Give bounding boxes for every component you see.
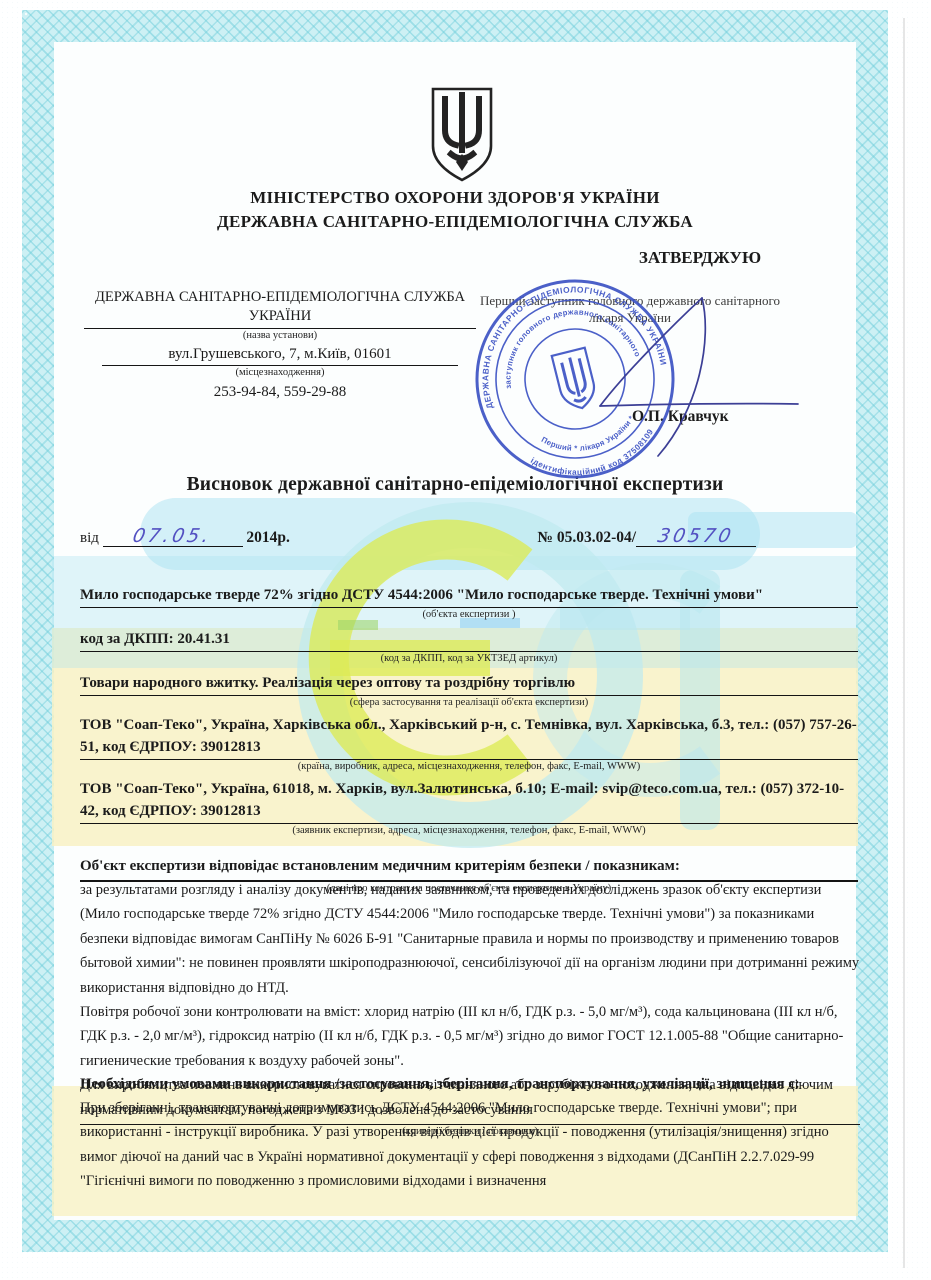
form-fields: Мило господарське тверде 72% згідно ДСТУ… bbox=[80, 584, 858, 900]
field-applicant-caption: (заявник експертизи, адреса, місцезнаход… bbox=[80, 824, 858, 837]
issuer-phones: 253-94-84, 559-29-88 bbox=[84, 382, 476, 402]
field-scope-caption: (сфера застосування та реалізації об'єкт… bbox=[80, 696, 858, 709]
field-applicant: ТОВ "Соап-Теко", Україна, 61018, м. Харк… bbox=[80, 778, 858, 837]
field-scope-value: Товари народного вжитку. Реалізація чере… bbox=[80, 672, 858, 696]
issuer-name-caption: (назва установи) bbox=[84, 329, 476, 342]
handwritten-date: 07.05. bbox=[132, 528, 214, 544]
conditions-heading: Необхідними умовами використання /застос… bbox=[80, 1072, 860, 1096]
tryzub-emblem-icon bbox=[426, 86, 498, 184]
handwritten-number: 30570 bbox=[657, 528, 736, 544]
criteria-heading: Об'єкт експертизи відповідає встановлени… bbox=[80, 855, 860, 878]
issuer-address: вул.Грушевського, 7, м.Київ, 01601 bbox=[102, 344, 458, 366]
criteria-paragraph-1: за результатами розгляду і аналізу докум… bbox=[80, 878, 860, 1000]
from-label: від bbox=[80, 530, 99, 546]
field-code-value: код за ДКПП: 20.41.31 bbox=[80, 628, 858, 652]
pen-signature bbox=[540, 278, 870, 488]
criteria-paragraph-2: Повітря робочої зони контролювати на вмі… bbox=[80, 1000, 860, 1073]
date-fill-line: 07.05. bbox=[103, 528, 243, 547]
ministry-title: МІНІСТЕРСТВО ОХОРОНИ ЗДОРОВ'Я УКРАЇНИ bbox=[52, 188, 858, 208]
field-scope: Товари народного вжитку. Реалізація чере… bbox=[80, 672, 858, 709]
field-manufacturer-value: ТОВ "Соап-Теко", Україна, Харківська обл… bbox=[80, 714, 858, 760]
year-label: 2014р. bbox=[246, 529, 290, 546]
number-fill-line: 30570 bbox=[636, 528, 756, 547]
issuer-block: ДЕРЖАВНА САНІТАРНО-ЕПІДЕМІОЛОГІЧНА СЛУЖБ… bbox=[84, 288, 476, 402]
scan-edge-artifact bbox=[903, 18, 905, 1268]
conditions-section: Необхідними умовами використання /застос… bbox=[80, 1072, 860, 1194]
field-code-caption: (код за ДКПП, код за УКТЗЕД артикул) bbox=[80, 652, 858, 665]
field-manufacturer-caption: (країна, виробник, адреса, місцезнаходже… bbox=[80, 760, 858, 773]
field-manufacturer: ТОВ "Соап-Теко", Україна, Харківська обл… bbox=[80, 714, 858, 773]
certificate-page: МІНІСТЕРСТВО ОХОРОНИ ЗДОРОВ'Я УКРАЇНИ ДЕ… bbox=[0, 0, 931, 1280]
service-title: ДЕРЖАВНА САНІТАРНО-ЕПІДЕМІОЛОГІЧНА СЛУЖБ… bbox=[52, 212, 858, 232]
field-code: код за ДКПП: 20.41.31 (код за ДКПП, код … bbox=[80, 628, 858, 665]
field-object: Мило господарське тверде 72% згідно ДСТУ… bbox=[80, 584, 858, 621]
field-object-value: Мило господарське тверде 72% згідно ДСТУ… bbox=[80, 584, 858, 608]
field-object-caption: (об'єкта експертизи ) bbox=[80, 608, 858, 621]
number-label: № 05.03.02-04/ bbox=[537, 529, 636, 546]
field-applicant-value: ТОВ "Соап-Теко", Україна, 61018, м. Харк… bbox=[80, 778, 858, 824]
issuer-name: ДЕРЖАВНА САНІТАРНО-ЕПІДЕМІОЛОГІЧНА СЛУЖБ… bbox=[95, 289, 465, 324]
conditions-body: При зберіганні, транспортуванні дотримув… bbox=[80, 1096, 860, 1194]
date-number-line: від 07.05. 2014р. № 05.03.02-04/30570 bbox=[80, 528, 858, 547]
issuer-address-caption: (місцезнаходження) bbox=[84, 366, 476, 379]
